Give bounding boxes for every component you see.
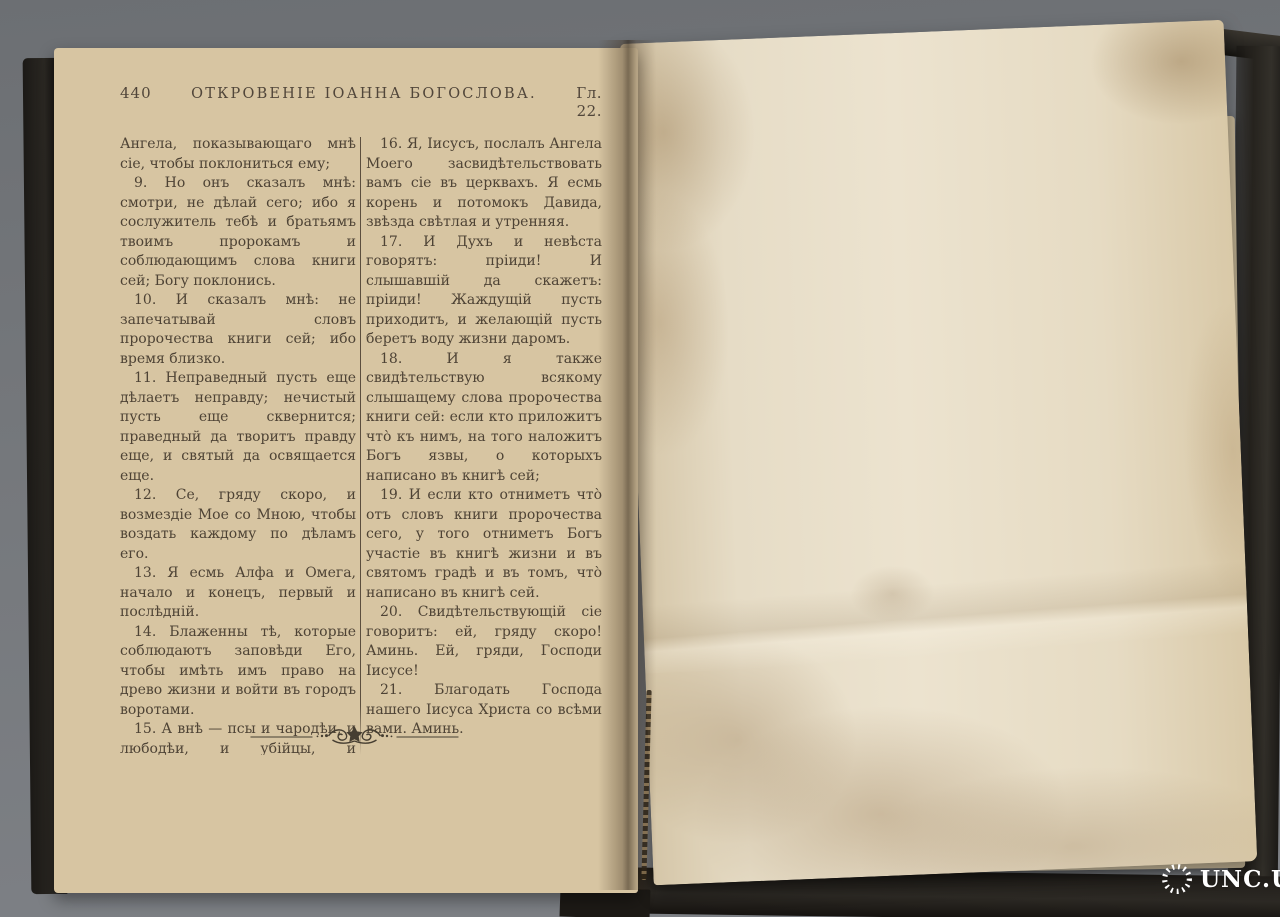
running-head: 440 ОТКРОВЕНІЕ ІОАННА БОГОСЛОВА. Гл. 22. (120, 84, 602, 120)
verse-paragraph: 10. И сказалъ мнѣ: не запечатывай словъ … (120, 291, 356, 369)
text-column-left: Ангела, показывающаго мнѣ сіе, чтобы пок… (120, 135, 356, 755)
verse-paragraph: 18. И я также свидѣтельствую всякому слы… (366, 350, 602, 487)
book-photo: 440 ОТКРОВЕНІЕ ІОАННА БОГОСЛОВА. Гл. 22.… (0, 0, 1280, 917)
running-head-title: ОТКРОВЕНІЕ ІОАННА БОГОСЛОВА. (180, 86, 548, 102)
sunburst-icon (1158, 860, 1196, 898)
tailpiece-ornament-icon (248, 724, 460, 752)
text-column-right: 16. Я, Іисусъ, послалъ Ангела Моего засв… (366, 135, 602, 755)
verse-paragraph: 20. Свидѣтельствующій сіе говоритъ: ей, … (366, 603, 602, 681)
verse-paragraph: 13. Я есмь Алфа и Омега, начало и конецъ… (120, 564, 356, 623)
watermark: UNC.UA (1158, 860, 1280, 898)
watermark-text: UNC.UA (1200, 866, 1280, 893)
column-divider-rule (360, 137, 361, 755)
verse-paragraph: 9. Но онъ сказалъ мнѣ: смотри, не дѣлай … (120, 174, 356, 291)
verse-paragraph: 16. Я, Іисусъ, послалъ Ангела Моего засв… (366, 135, 602, 233)
blank-right-page (620, 20, 1257, 886)
page-number: 440 (120, 84, 180, 102)
verse-paragraph: 17. И Духъ и невѣста говорятъ: пріиди! И… (366, 233, 602, 350)
verse-paragraph: 14. Блаженны тѣ, которые соблюдаютъ запо… (120, 623, 356, 721)
text-columns: Ангела, показывающаго мнѣ сіе, чтобы пок… (120, 135, 602, 755)
verse-paragraph: 19. И если кто отниметъ что̀ отъ словъ к… (366, 486, 602, 603)
printed-left-page: 440 ОТКРОВЕНІЕ ІОАННА БОГОСЛОВА. Гл. 22.… (54, 48, 638, 893)
chapter-label: Гл. 22. (548, 84, 602, 120)
verse-paragraph: 12. Се, гряду скоро, и возмездіе Мое со … (120, 486, 356, 564)
verse-paragraph: 11. Неправедный пусть еще дѣлаетъ неправ… (120, 369, 356, 486)
verse-paragraph: Ангела, показывающаго мнѣ сіе, чтобы пок… (120, 135, 356, 174)
